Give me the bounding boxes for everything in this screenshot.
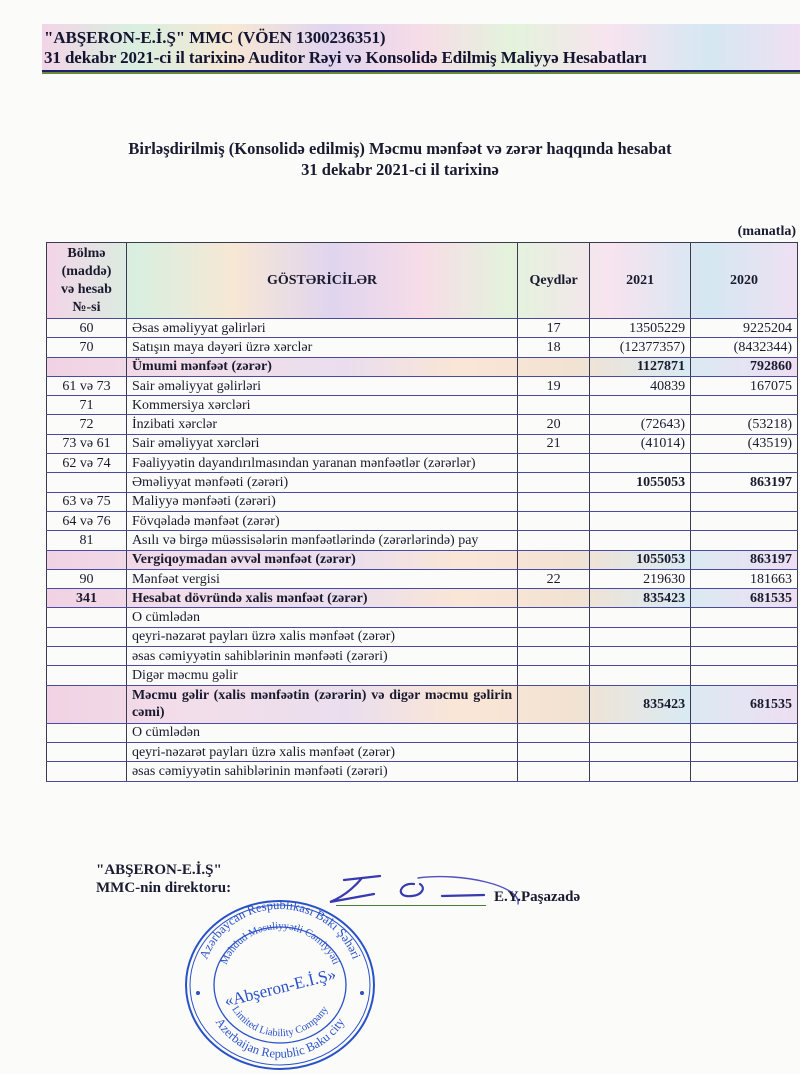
row-code (47, 473, 127, 492)
row-value-2021 (590, 723, 691, 742)
row-code (47, 550, 127, 569)
row-value-2020 (691, 511, 798, 530)
header-year-2020: 2020 (691, 243, 798, 319)
row-note: 22 (518, 569, 590, 588)
table-row: 62 və 74Fəaliyyətin dayandırılmasından y… (47, 454, 798, 473)
row-note (518, 396, 590, 415)
table-row: 90Mənfəət vergisi22219630181663 (47, 569, 798, 588)
row-value-2021: 219630 (590, 569, 691, 588)
row-label: O cümlədən (126, 723, 517, 742)
row-value-2021: 1127871 (590, 357, 691, 376)
row-code (47, 762, 127, 781)
row-note: 21 (518, 434, 590, 453)
svg-text:Məhdud Məsuliyyətli Cəmiyyəti: Məhdud Məsuliyyətli Cəmiyyəti (219, 921, 341, 966)
row-code: 63 və 75 (47, 492, 127, 511)
row-value-2020: 863197 (691, 473, 798, 492)
row-value-2020: 681535 (691, 685, 798, 723)
row-label: O cümlədən (126, 608, 517, 627)
row-note (518, 723, 590, 742)
row-label: Vergiqoymadan əvvəl mənfəət (zərər) (126, 550, 517, 569)
row-note (518, 511, 590, 530)
table-body: 60Əsas əməliyyat gəlirləri17135052299225… (47, 319, 798, 782)
table-row: 73 və 61Sair əməliyyat xərcləri21(41014)… (47, 434, 798, 453)
row-note (518, 357, 590, 376)
table-row: O cümlədən (47, 723, 798, 742)
row-label: Hesabat dövründə xalis mənfəət (zərər) (126, 589, 517, 608)
row-value-2020: 181663 (691, 569, 798, 588)
row-value-2020: 792860 (691, 357, 798, 376)
company-line: "ABŞERON-E.İ.Ş" MMC (VÖEN 1300236351) (44, 28, 800, 48)
table-row: 81Asılı və birgə müəssisələrin mənfəətlə… (47, 531, 798, 550)
income-statement-table: Bölmə (maddə) və hesab №-si GÖSTƏRİCİLƏR… (46, 242, 798, 782)
table-row: qeyri-nəzarət payları üzrə xalis mənfəət… (47, 627, 798, 646)
row-value-2020 (691, 396, 798, 415)
table-row: Əməliyyat mənfəəti (zərəri)1055053863197 (47, 473, 798, 492)
row-label: Sair əməliyyat gəlirləri (126, 376, 517, 395)
row-note (518, 608, 590, 627)
row-value-2021 (590, 608, 691, 627)
table-header-row: Bölmə (maddə) və hesab №-si GÖSTƏRİCİLƏR… (47, 243, 798, 319)
row-value-2020: (43519) (691, 434, 798, 453)
row-code: 90 (47, 569, 127, 588)
row-value-2021 (590, 454, 691, 473)
table-row: qeyri-nəzarət payları üzrə xalis mənfəət… (47, 742, 798, 761)
report-title: Birləşdirilmiş (Konsolidə edilmiş) Məcmu… (0, 138, 800, 180)
header-indicators: GÖSTƏRİCİLƏR (126, 243, 517, 319)
row-code: 64 və 76 (47, 511, 127, 530)
row-label: Əməliyyat mənfəəti (zərəri) (126, 473, 517, 492)
row-note: 20 (518, 415, 590, 434)
svg-text:«Abşeron-E.İ.Ş»: «Abşeron-E.İ.Ş» (222, 964, 337, 1010)
row-note (518, 492, 590, 511)
table-row: O cümlədən (47, 608, 798, 627)
row-label: Asılı və birgə müəssisələrin mənfəətləri… (126, 531, 517, 550)
row-note: 19 (518, 376, 590, 395)
table-row: 341Hesabat dövründə xalis mənfəət (zərər… (47, 589, 798, 608)
row-value-2020: (53218) (691, 415, 798, 434)
row-code: 341 (47, 589, 127, 608)
row-code (47, 685, 127, 723)
header-code: Bölmə (maddə) və hesab №-si (47, 243, 127, 319)
row-code (47, 627, 127, 646)
table-row: əsas cəmiyyətin sahiblərinin mənfəəti (z… (47, 762, 798, 781)
row-value-2021 (590, 762, 691, 781)
row-value-2021 (590, 627, 691, 646)
row-label: Maliyyə mənfəəti (zərəri) (126, 492, 517, 511)
row-code: 71 (47, 396, 127, 415)
table-row: 71Kommersiya xərcləri (47, 396, 798, 415)
row-label: Mənfəət vergisi (126, 569, 517, 588)
row-value-2020 (691, 666, 798, 685)
row-label: Digər məcmu gəlir (126, 666, 517, 685)
row-value-2020 (691, 647, 798, 666)
header-notes: Qeydlər (518, 243, 590, 319)
document-header: "ABŞERON-E.İ.Ş" MMC (VÖEN 1300236351) 31… (42, 24, 800, 72)
row-note (518, 627, 590, 646)
row-value-2020 (691, 531, 798, 550)
row-code: 60 (47, 319, 127, 338)
row-note (518, 685, 590, 723)
report-title-line2: 31 dekabr 2021-ci il tarixinə (0, 159, 800, 180)
row-label: Məcmu gəlir (xalis mənfəətin (zərərin) v… (126, 685, 517, 723)
row-note (518, 742, 590, 761)
row-value-2020 (691, 723, 798, 742)
table-row: əsas cəmiyyətin sahiblərinin mənfəəti (z… (47, 647, 798, 666)
row-label: Satışın maya dəyəri üzrə xərclər (126, 338, 517, 357)
row-value-2021: 40839 (590, 376, 691, 395)
table-row: Digər məcmu gəlir (47, 666, 798, 685)
row-code (47, 742, 127, 761)
row-value-2021 (590, 492, 691, 511)
row-code: 70 (47, 338, 127, 357)
row-label: qeyri-nəzarət payları üzrə xalis mənfəət… (126, 627, 517, 646)
currency-unit-label: (manatla) (738, 224, 796, 240)
table-row: 70Satışın maya dəyəri üzrə xərclər18(123… (47, 338, 798, 357)
row-label: əsas cəmiyyətin sahiblərinin mənfəəti (z… (126, 762, 517, 781)
row-code (47, 647, 127, 666)
row-label: qeyri-nəzarət payları üzrə xalis mənfəət… (126, 742, 517, 761)
signatory-name: E.Y.Paşazadə (494, 889, 580, 906)
row-label: Əsas əməliyyat gəlirləri (126, 319, 517, 338)
row-value-2020 (691, 742, 798, 761)
row-value-2020 (691, 608, 798, 627)
row-value-2021: 1055053 (590, 473, 691, 492)
row-label: Sair əməliyyat xərcləri (126, 434, 517, 453)
row-value-2020: (8432344) (691, 338, 798, 357)
row-note (518, 473, 590, 492)
row-value-2020: 863197 (691, 550, 798, 569)
row-note (518, 647, 590, 666)
report-title-line1: Birləşdirilmiş (Konsolidə edilmiş) Məcmu… (0, 138, 800, 159)
row-value-2020 (691, 762, 798, 781)
table-row: 60Əsas əməliyyat gəlirləri17135052299225… (47, 319, 798, 338)
row-value-2020 (691, 454, 798, 473)
row-value-2021: 13505229 (590, 319, 691, 338)
row-label: Kommersiya xərcləri (126, 396, 517, 415)
row-code: 62 və 74 (47, 454, 127, 473)
row-value-2021 (590, 647, 691, 666)
row-value-2021 (590, 742, 691, 761)
row-value-2020 (691, 627, 798, 646)
header-year-2021: 2021 (590, 243, 691, 319)
row-value-2021: (41014) (590, 434, 691, 453)
row-note (518, 454, 590, 473)
row-value-2021: 835423 (590, 685, 691, 723)
row-value-2021: 835423 (590, 589, 691, 608)
table-row: 61 və 73Sair əməliyyat gəlirləri19408391… (47, 376, 798, 395)
row-value-2020 (691, 492, 798, 511)
row-code: 72 (47, 415, 127, 434)
company-seal-icon: Azərbaycan Respublikası Bakı Şəhəri Azer… (180, 895, 380, 1071)
table-row: Ümumi mənfəət (zərər)1127871792860 (47, 357, 798, 376)
row-value-2021 (590, 531, 691, 550)
row-label: Fövqəladə mənfəət (zərər) (126, 511, 517, 530)
table-row: 64 və 76Fövqəladə mənfəət (zərər) (47, 511, 798, 530)
row-note: 17 (518, 319, 590, 338)
row-label: əsas cəmiyyətin sahiblərinin mənfəəti (z… (126, 647, 517, 666)
row-note: 18 (518, 338, 590, 357)
signatory-company: "ABŞERON-E.İ.Ş" (96, 861, 231, 879)
row-value-2021: 1055053 (590, 550, 691, 569)
report-line: 31 dekabr 2021-ci il tarixinə Auditor Rə… (44, 48, 800, 68)
table-row: 63 və 75Maliyyə mənfəəti (zərəri) (47, 492, 798, 511)
row-value-2021: (72643) (590, 415, 691, 434)
row-note (518, 589, 590, 608)
row-note (518, 762, 590, 781)
row-code (47, 666, 127, 685)
row-value-2020: 681535 (691, 589, 798, 608)
row-value-2021: (12377357) (590, 338, 691, 357)
row-value-2021 (590, 396, 691, 415)
row-code: 81 (47, 531, 127, 550)
row-label: Ümumi mənfəət (zərər) (126, 357, 517, 376)
row-code: 61 və 73 (47, 376, 127, 395)
signatory-block: "ABŞERON-E.İ.Ş" MMC-nin direktoru: (96, 861, 231, 897)
row-value-2021 (590, 666, 691, 685)
row-note (518, 550, 590, 569)
row-code (47, 723, 127, 742)
row-code (47, 608, 127, 627)
row-value-2021 (590, 511, 691, 530)
table-row: Vergiqoymadan əvvəl mənfəət (zərər)10550… (47, 550, 798, 569)
row-note (518, 531, 590, 550)
row-label: İnzibati xərclər (126, 415, 517, 434)
row-value-2020: 167075 (691, 376, 798, 395)
row-note (518, 666, 590, 685)
table-row: Məcmu gəlir (xalis mənfəətin (zərərin) v… (47, 685, 798, 723)
row-label: Fəaliyyətin dayandırılmasından yaranan m… (126, 454, 517, 473)
row-code (47, 357, 127, 376)
row-code: 73 və 61 (47, 434, 127, 453)
table-row: 72İnzibati xərclər20(72643)(53218) (47, 415, 798, 434)
row-value-2020: 9225204 (691, 319, 798, 338)
